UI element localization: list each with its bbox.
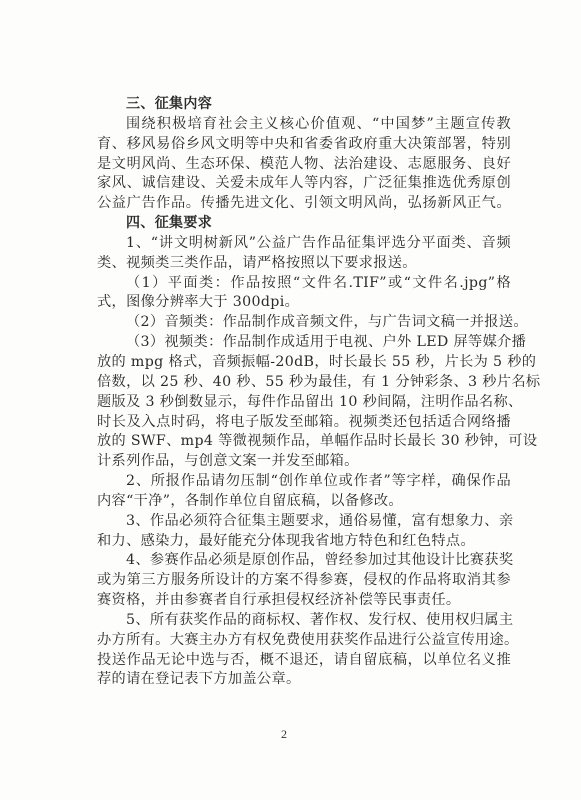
paragraph-line: 家风、诚信建设、关爱未成年人等内容，广泛征集推选优秀原创 xyxy=(97,174,511,194)
paragraph-line: 荐的请在登记表下方加盖公章。 xyxy=(97,670,511,690)
paragraph-line: 放的 mpg 格式，音频振幅-20dB，时长最长 55 秒，片长为 5 秒的 xyxy=(97,353,511,373)
paragraph-line: 题版及 3 秒倒数显示，每件作品留出 10 秒间隔，注明作品名称、 xyxy=(97,393,511,413)
paragraph-line: 2、所报作品请勿压制“创作单位或作者”等字样，确保作品 xyxy=(97,472,511,492)
paragraph-line: （3）视频类：作品制作成适用于电视、户外 LED 屏等媒介播 xyxy=(97,333,511,353)
paragraph-line: 1、“讲文明树新风”公益广告作品征集评选分平面类、音频 xyxy=(97,234,511,254)
paragraph-line: 办方所有。大赛主办方有权免费使用获奖作品进行公益宣传用途。 xyxy=(97,631,511,651)
paragraph-line: 计系列作品，与创意文案一并发至邮箱。 xyxy=(97,452,511,472)
section-heading: 四、征集要求 xyxy=(97,214,511,234)
paragraph-line: 5、所有获奖作品的商标权、著作权、发行权、使用权归属主 xyxy=(97,611,511,631)
paragraph-line: 是文明风尚、生态环保、模范人物、法治建设、志愿服务、良好 xyxy=(97,155,511,175)
paragraph-line: 式，图像分辨率大于 300dpi。 xyxy=(97,293,511,313)
paragraph-line: （2）音频类：作品制作成音频文件，与广告词文稿一并报送。 xyxy=(97,313,511,333)
section-heading: 三、征集内容 xyxy=(97,95,511,115)
paragraph-line: 围绕积极培育社会主义核心价值观、“中国梦”主题宣传教 xyxy=(97,115,511,135)
paragraph-line: 类、视频类三类作品，请严格按照以下要求报送。 xyxy=(97,254,511,274)
paragraph-line: 倍数，以 25 秒、40 秒、55 秒为最佳，有 1 分钟彩条、3 秒片名标 xyxy=(97,373,511,393)
paragraph-line: 育、移风易俗乡风文明等中央和省委省政府重大决策部署，特别 xyxy=(97,135,511,155)
page-number: 2 xyxy=(281,727,287,742)
paragraph-line: 3、作品必须符合征集主题要求，通俗易懂，富有想象力、亲 xyxy=(97,512,511,532)
paragraph-line: 投送作品无论中选与否，概不退还，请自留底稿，以单位名义推 xyxy=(97,651,511,671)
paragraph-line: 赛资格，并由参赛者自行承担侵权经济补偿等民事责任。 xyxy=(97,591,511,611)
paragraph-line: 4、参赛作品必须是原创作品，曾经参加过其他设计比赛获奖 xyxy=(97,551,511,571)
paragraph-line: 放的 SWF、mp4 等微视频作品，单幅作品时长最长 30 秒钟，可设 xyxy=(97,432,511,452)
paragraph-line: 或为第三方服务所设计的方案不得参赛，侵权的作品将取消其参 xyxy=(97,571,511,591)
document-page: 三、征集内容 围绕积极培育社会主义核心价值观、“中国梦”主题宣传教 育、移风易俗… xyxy=(97,95,511,690)
paragraph-line: 内容“干净”，各制作单位自留底稿，以备修改。 xyxy=(97,492,511,512)
paragraph-line: 时长及入点时码，将电子版发至邮箱。视频类还包括适合网络播 xyxy=(97,413,511,433)
paragraph-line: 公益广告作品。传播先进文化、引领文明风尚，弘扬新风正气。 xyxy=(97,194,511,214)
paragraph-line: 和力、感染力，最好能充分体现我省地方特色和红色特点。 xyxy=(97,532,511,552)
paragraph-line: （1）平面类：作品按照“文件名.TIF”或“文件名.jpg”格 xyxy=(97,274,511,294)
